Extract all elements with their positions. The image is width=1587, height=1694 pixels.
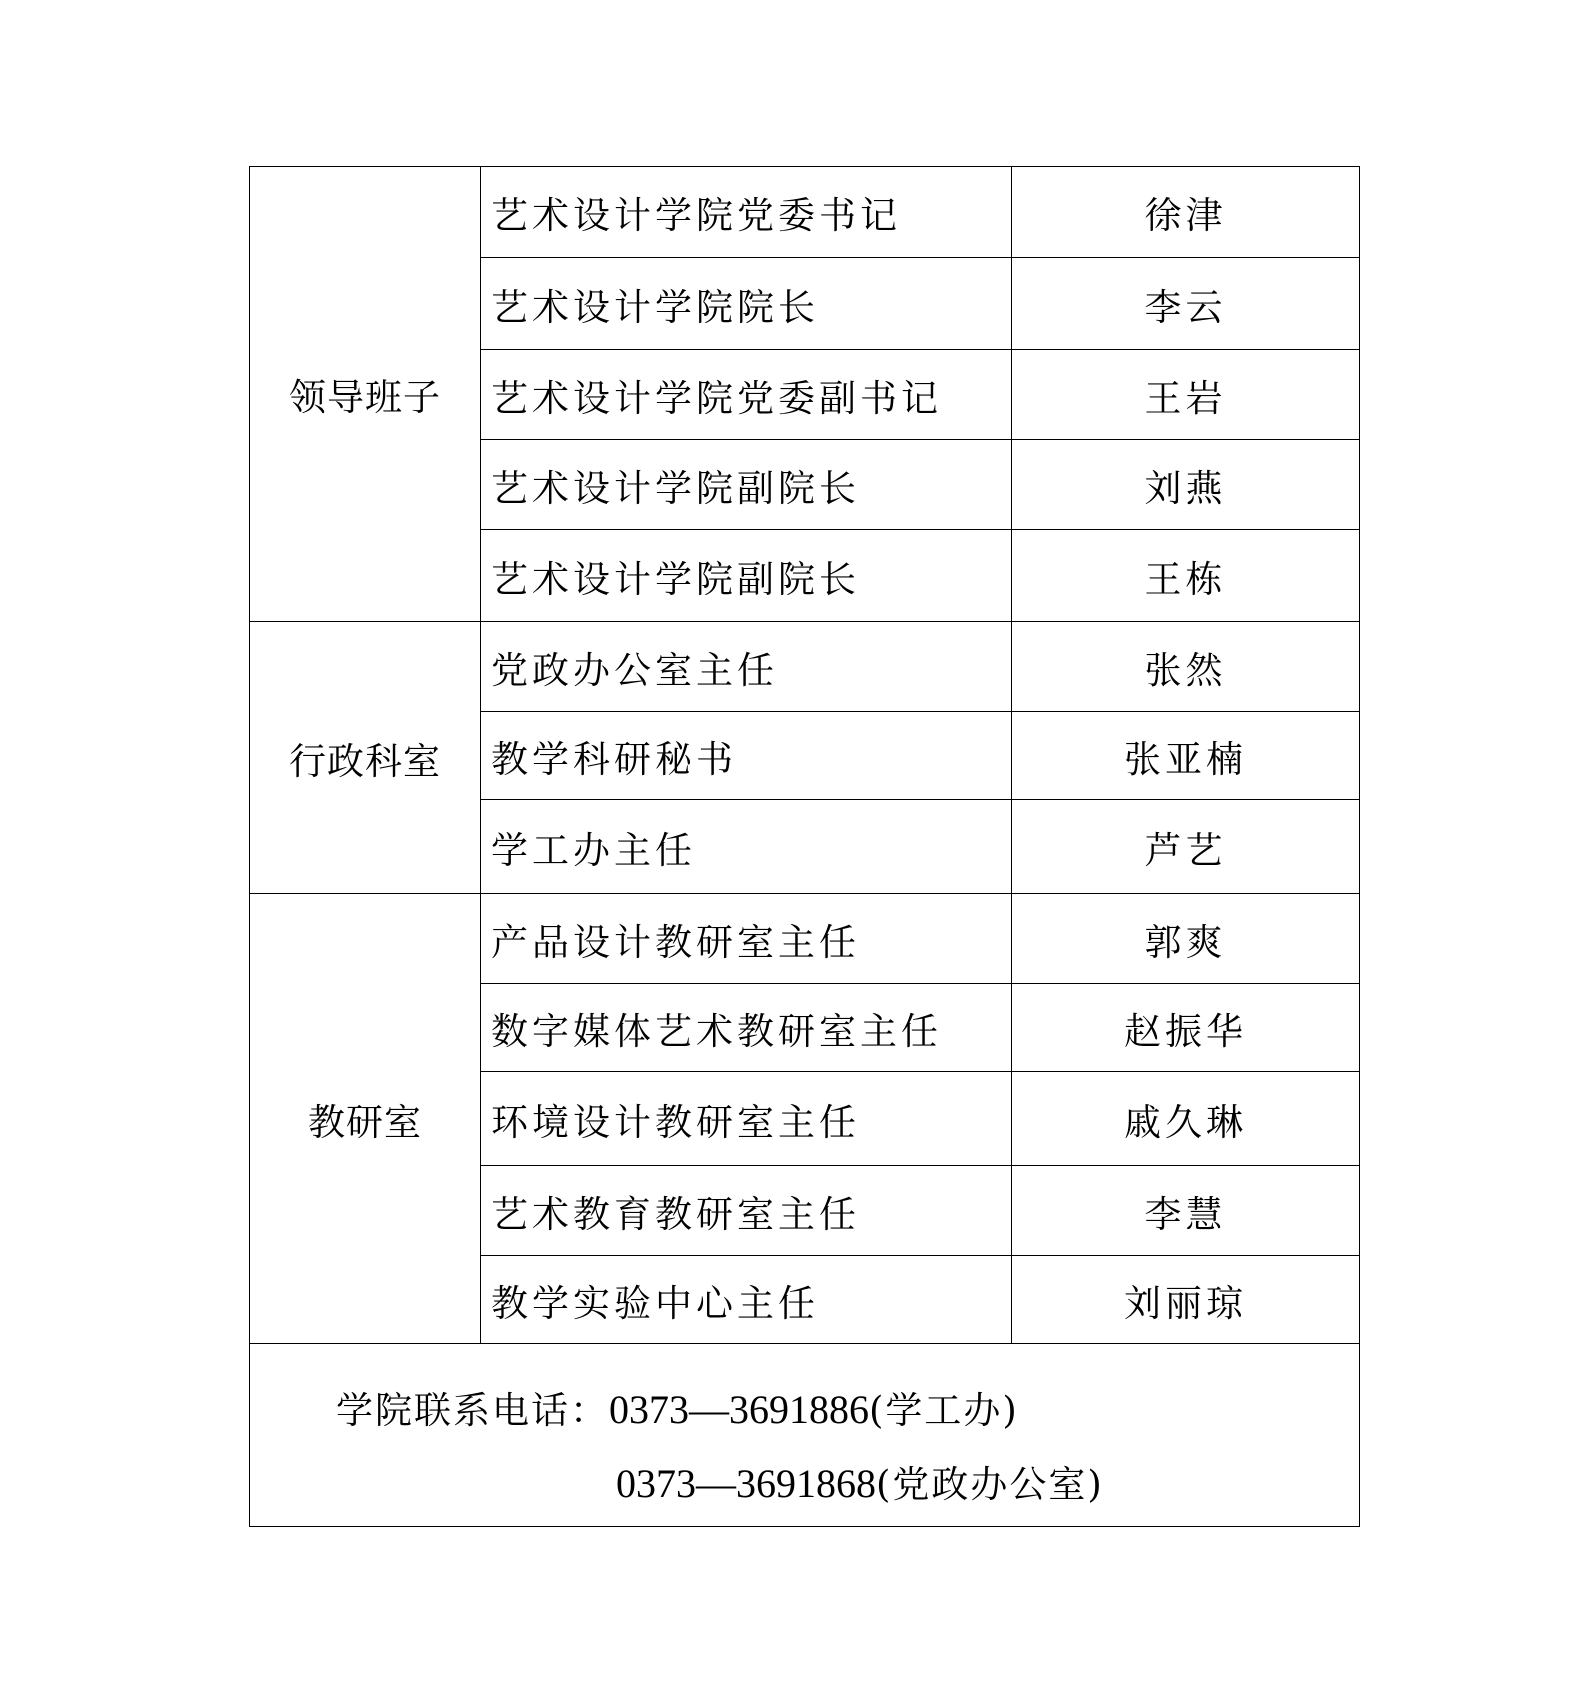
position-title: 艺术设计学院党委书记 (481, 167, 1012, 258)
position-title: 产品设计教研室主任 (481, 894, 1012, 984)
position-title: 艺术设计学院副院长 (481, 440, 1012, 530)
position-title: 党政办公室主任 (481, 622, 1012, 712)
person-name: 郭爽 (1012, 894, 1360, 984)
person-name: 刘丽琼 (1012, 1256, 1360, 1344)
position-title: 艺术设计学院党委副书记 (481, 350, 1012, 440)
contact-cell: 学院联系电话：0373—3691886(学工办) 0373—3691868(党政… (250, 1344, 1360, 1527)
position-title: 数字媒体艺术教研室主任 (481, 984, 1012, 1072)
person-name: 芦艺 (1012, 800, 1360, 894)
person-name: 李云 (1012, 258, 1360, 350)
person-name: 赵振华 (1012, 984, 1360, 1072)
position-title: 艺术设计学院副院长 (481, 530, 1012, 622)
phone-dept-1: (学工办) (869, 1389, 1019, 1432)
position-title: 教学实验中心主任 (481, 1256, 1012, 1344)
contact-row: 学院联系电话：0373—3691886(学工办) 0373—3691868(党政… (250, 1344, 1360, 1527)
phone-number-2: 0373—3691868 (616, 1461, 876, 1506)
position-title: 学工办主任 (481, 800, 1012, 894)
contact-line-2: 0373—3691868(党政办公室) (616, 1454, 1104, 1508)
phone-dept-2: (党政办公室) (876, 1463, 1104, 1506)
position-title: 环境设计教研室主任 (481, 1072, 1012, 1166)
person-name: 王岩 (1012, 350, 1360, 440)
person-name: 李慧 (1012, 1166, 1360, 1256)
group-label: 教研室 (250, 894, 481, 1344)
group-label: 行政科室 (250, 622, 481, 894)
person-name: 张亚楠 (1012, 712, 1360, 800)
position-title: 艺术设计学院院长 (481, 258, 1012, 350)
contact-line-1: 学院联系电话：0373—3691886(学工办) (336, 1380, 1019, 1434)
table-row: 行政科室党政办公室主任张然 (250, 622, 1360, 712)
staff-directory-table: 领导班子艺术设计学院党委书记徐津艺术设计学院院长李云艺术设计学院党委副书记王岩艺… (249, 166, 1360, 1527)
person-name: 刘燕 (1012, 440, 1360, 530)
person-name: 王栋 (1012, 530, 1360, 622)
table-body: 领导班子艺术设计学院党委书记徐津艺术设计学院院长李云艺术设计学院党委副书记王岩艺… (250, 167, 1360, 1344)
contact-label: 学院联系电话： (336, 1389, 609, 1432)
group-label: 领导班子 (250, 167, 481, 622)
table-row: 教研室产品设计教研室主任郭爽 (250, 894, 1360, 984)
person-name: 张然 (1012, 622, 1360, 712)
phone-number-1: 0373—3691886 (609, 1387, 869, 1432)
table-row: 领导班子艺术设计学院党委书记徐津 (250, 167, 1360, 258)
person-name: 徐津 (1012, 167, 1360, 258)
position-title: 艺术教育教研室主任 (481, 1166, 1012, 1256)
person-name: 戚久琳 (1012, 1072, 1360, 1166)
position-title: 教学科研秘书 (481, 712, 1012, 800)
